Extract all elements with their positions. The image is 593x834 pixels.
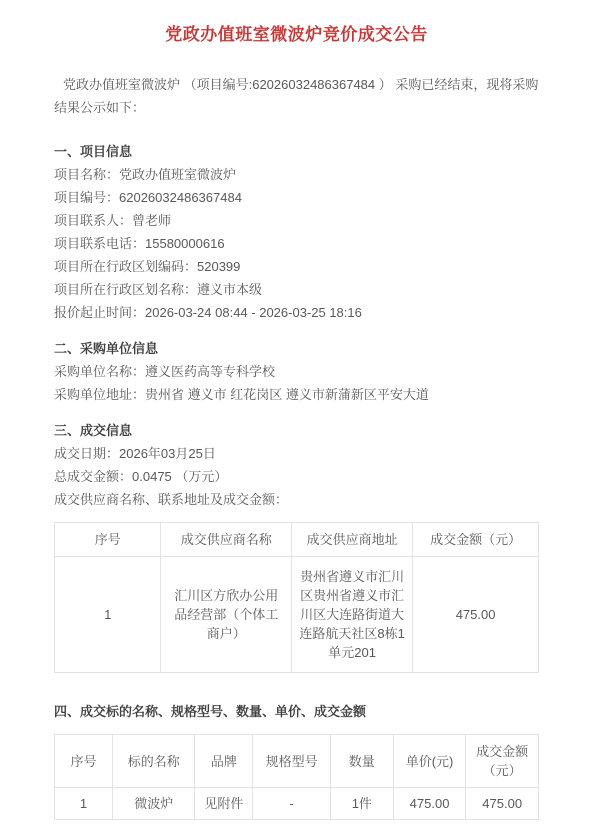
field-deal-date: 成交日期：2026年03月25日 [54, 442, 539, 465]
field-label: 报价起止时间： [54, 305, 145, 320]
field-purchaser-address: 采购单位地址：贵州省 遵义市 红花岗区 遵义市新蒲新区平安大道 [54, 383, 539, 406]
field-project-number: 项目编号：62026032486367484 [54, 186, 539, 209]
supplier-col-amount: 成交金额（元） [413, 523, 539, 557]
supplier-address-cell: 贵州省遵义市汇川区贵州省遵义市汇川区大连路街道大连路航天社区8栋1单元201 [292, 557, 413, 673]
field-label: 项目编号： [54, 190, 119, 205]
item-spec-cell: - [253, 788, 330, 820]
field-district-name: 项目所在行政区划名称：遵义市本级 [54, 278, 539, 301]
items-col-spec: 规格型号 [253, 735, 330, 788]
field-value: 曾老师 [132, 213, 171, 228]
field-project-name: 项目名称：党政办值班室微波炉 [54, 163, 539, 186]
field-label: 采购单位地址： [54, 387, 145, 402]
table-row: 1 汇川区方欣办公用品经营部（个体工商户） 贵州省遵义市汇川区贵州省遵义市汇川区… [55, 557, 539, 673]
item-unit-price-cell: 475.00 [393, 788, 466, 820]
item-seq-cell: 1 [55, 788, 113, 820]
items-col-quantity: 数量 [330, 735, 393, 788]
field-label: 成交日期： [54, 446, 119, 461]
field-value: 520399 [197, 259, 240, 274]
field-label: 成交供应商名称、联系地址及成交金额： [54, 492, 288, 507]
announcement-page: 党政办值班室微波炉竞价成交公告 党政办值班室微波炉 （项目编号:62026032… [0, 0, 593, 834]
field-value: 62026032486367484 [119, 190, 242, 205]
field-value: 遵义医药高等专科学校 [145, 364, 275, 379]
items-table-header-row: 序号 标的名称 品牌 规格型号 数量 单价(元) 成交金额（元） [55, 735, 539, 788]
field-value: 2026年03月25日 [119, 446, 216, 461]
intro-paragraph: 党政办值班室微波炉 （项目编号:62026032486367484 ） 采购已经… [54, 73, 539, 119]
field-value: 15580000616 [145, 236, 225, 251]
field-label: 项目所在行政区划编码： [54, 259, 197, 274]
field-project-contact: 项目联系人：曾老师 [54, 209, 539, 232]
items-col-amount: 成交金额（元） [466, 735, 539, 788]
field-value: 遵义市本级 [197, 282, 262, 297]
field-label: 总成交金额： [54, 469, 132, 484]
items-col-seq: 序号 [55, 735, 113, 788]
field-value: 贵州省 遵义市 红花岗区 遵义市新蒲新区平安大道 [145, 387, 429, 402]
supplier-amount-cell: 475.00 [413, 557, 539, 673]
field-value: 0.0475 （万元） [132, 469, 227, 484]
supplier-name-cell: 汇川区方欣办公用品经营部（个体工商户） [161, 557, 292, 673]
section-heading-project-info: 一、项目信息 [54, 140, 539, 163]
item-name-cell: 微波炉 [113, 788, 195, 820]
field-label: 项目联系电话： [54, 236, 145, 251]
items-col-name: 标的名称 [113, 735, 195, 788]
field-label: 项目所在行政区划名称： [54, 282, 197, 297]
field-total-amount: 总成交金额：0.0475 （万元） [54, 465, 539, 488]
field-purchaser-name: 采购单位名称：遵义医药高等专科学校 [54, 360, 539, 383]
field-label: 项目联系人： [54, 213, 132, 228]
item-amount-cell: 475.00 [466, 788, 539, 820]
page-title: 党政办值班室微波炉竞价成交公告 [54, 24, 539, 46]
supplier-col-address: 成交供应商地址 [292, 523, 413, 557]
table-row: 1 微波炉 见附件 - 1件 475.00 475.00 [55, 788, 539, 820]
field-district-code: 项目所在行政区划编码：520399 [54, 255, 539, 278]
field-project-phone: 项目联系电话：15580000616 [54, 232, 539, 255]
field-quote-period: 报价起止时间：2026-03-24 08:44 - 2026-03-25 18:… [54, 301, 539, 324]
supplier-table: 序号 成交供应商名称 成交供应商地址 成交金额（元） 1 汇川区方欣办公用品经营… [54, 522, 539, 673]
field-supplier-table-caption: 成交供应商名称、联系地址及成交金额： [54, 488, 539, 511]
supplier-seq-cell: 1 [55, 557, 161, 673]
items-table: 序号 标的名称 品牌 规格型号 数量 单价(元) 成交金额（元） 1 微波炉 见… [54, 734, 539, 820]
item-brand-cell: 见附件 [195, 788, 253, 820]
section-heading-deal-info: 三、成交信息 [54, 419, 539, 442]
supplier-col-name: 成交供应商名称 [161, 523, 292, 557]
items-col-brand: 品牌 [195, 735, 253, 788]
field-label: 项目名称： [54, 167, 119, 182]
items-col-unit-price: 单价(元) [393, 735, 466, 788]
field-value: 党政办值班室微波炉 [119, 167, 236, 182]
field-label: 采购单位名称： [54, 364, 145, 379]
supplier-table-header-row: 序号 成交供应商名称 成交供应商地址 成交金额（元） [55, 523, 539, 557]
supplier-col-seq: 序号 [55, 523, 161, 557]
section-heading-purchaser-info: 二、采购单位信息 [54, 337, 539, 360]
section-heading-items: 四、成交标的名称、规格型号、数量、单价、成交金额 [54, 700, 539, 723]
field-value: 2026-03-24 08:44 - 2026-03-25 18:16 [145, 305, 362, 320]
item-quantity-cell: 1件 [330, 788, 393, 820]
